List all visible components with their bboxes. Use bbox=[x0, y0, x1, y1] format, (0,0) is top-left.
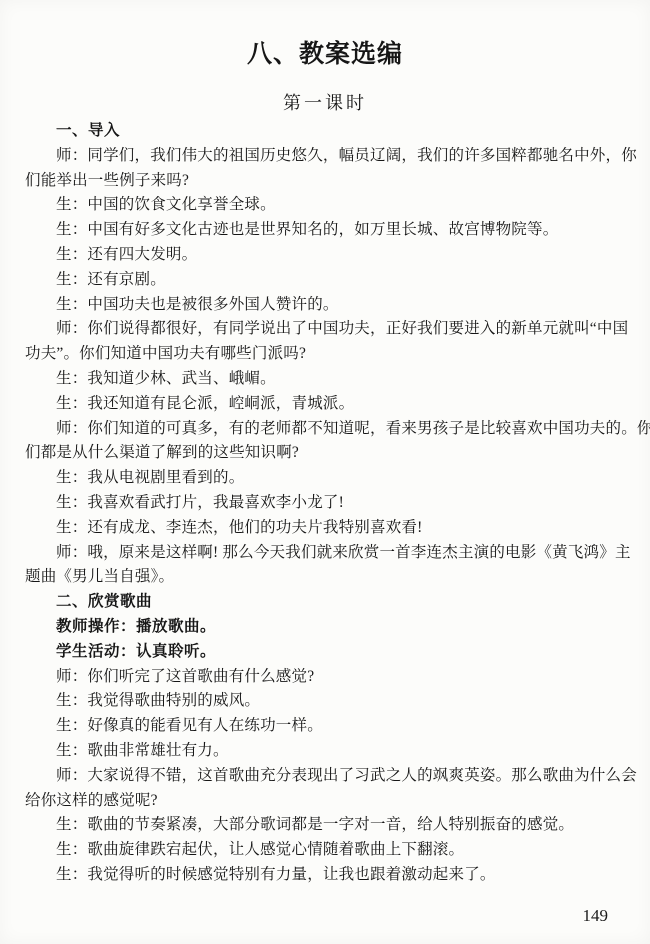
text-line: 功夫”。你们知道中国功夫有哪些门派吗? bbox=[25, 342, 625, 367]
text-line: 生：还有成龙、李连杰，他们的功夫片我特别喜欢看! bbox=[25, 516, 625, 541]
document-page: 八、教案选编 第一课时 一、导入师：同学们，我们伟大的祖国历史悠久，幅员辽阔，我… bbox=[0, 0, 650, 944]
text-line: 生：歌曲的节奏紧凑，大部分歌词都是一字对一音，给人特别振奋的感觉。 bbox=[25, 813, 625, 838]
lesson-subtitle: 第一课时 bbox=[0, 89, 650, 115]
text-line: 生：我觉得听的时候感觉特别有力量，让我也跟着激动起来了。 bbox=[25, 863, 625, 888]
text-line: 生：我喜欢看武打片，我最喜欢李小龙了! bbox=[25, 491, 625, 516]
text-line: 生：我知道少林、武当、峨嵋。 bbox=[25, 367, 625, 392]
text-line: 生：我从电视剧里看到的。 bbox=[25, 466, 625, 491]
section-heading-line: 二、欣赏歌曲 bbox=[25, 590, 625, 615]
text-line: 们都是从什么渠道了解到的这些知识啊? bbox=[25, 441, 625, 466]
text-line: 生：还有四大发明。 bbox=[25, 243, 625, 268]
text-line: 生：还有京剧。 bbox=[25, 268, 625, 293]
lesson-content: 一、导入师：同学们，我们伟大的祖国历史悠久，幅员辽阔，我们的许多国粹都驰名中外，… bbox=[25, 119, 625, 888]
text-line: 题曲《男儿当自强》。 bbox=[25, 565, 625, 590]
text-line: 生：中国的饮食文化享誉全球。 bbox=[25, 193, 625, 218]
text-line: 生：好像真的能看见有人在练功一样。 bbox=[25, 714, 625, 739]
text-line: 生：我还知道有昆仑派，崆峒派，青城派。 bbox=[25, 392, 625, 417]
text-line: 师：大家说得不错，这首歌曲充分表现出了习武之人的飒爽英姿。那么歌曲为什么会 bbox=[25, 764, 625, 789]
text-line: 师：你们知道的可真多，有的老师都不知道呢，看来男孩子是比较喜欢中国功夫的。你 bbox=[25, 417, 625, 442]
text-line: 给你这样的感觉呢? bbox=[25, 789, 625, 814]
text-line: 生：中国功夫也是被很多外国人赞许的。 bbox=[25, 293, 625, 318]
page-title: 八、教案选编 bbox=[0, 34, 650, 70]
text-line: 教师操作：播放歌曲。 bbox=[25, 615, 625, 640]
text-line: 师：你们听完了这首歌曲有什么感觉? bbox=[25, 665, 625, 690]
text-line: 生：中国有好多文化古迹也是世界知名的，如万里长城、故宫博物院等。 bbox=[25, 218, 625, 243]
section-heading-line: 一、导入 bbox=[25, 119, 625, 144]
text-line: 生：歌曲旋律跌宕起伏，让人感觉心情随着歌曲上下翻滚。 bbox=[25, 838, 625, 863]
text-line: 生：我觉得歌曲特别的威风。 bbox=[25, 689, 625, 714]
text-line: 学生活动：认真聆听。 bbox=[25, 640, 625, 665]
text-line: 师：哦，原来是这样啊! 那么今天我们就来欣赏一首李连杰主演的电影《黄飞鸿》主 bbox=[25, 541, 625, 566]
page-number: 149 bbox=[583, 906, 609, 926]
text-line: 们能举出一些例子来吗? bbox=[25, 169, 625, 194]
text-line: 师：你们说得都很好，有同学说出了中国功夫，正好我们要进入的新单元就叫“中国 bbox=[25, 317, 625, 342]
text-line: 师：同学们，我们伟大的祖国历史悠久，幅员辽阔，我们的许多国粹都驰名中外，你 bbox=[25, 144, 625, 169]
text-line: 生：歌曲非常雄壮有力。 bbox=[25, 739, 625, 764]
